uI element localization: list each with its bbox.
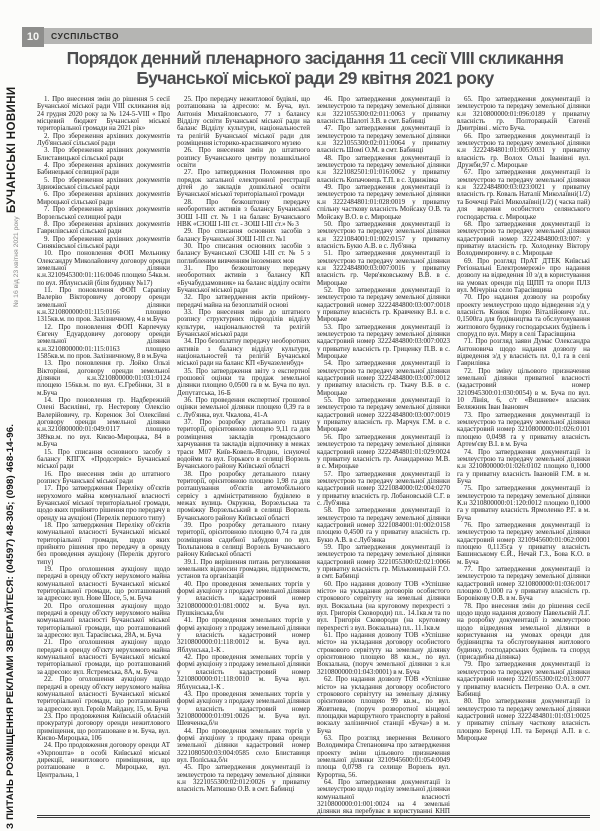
agenda-item: 46. Про затвердження документації із зем… [317,96,450,125]
agenda-item: 14. Про поновлення гр. Надбережній Олені… [37,397,170,448]
agenda-item: 59. Про затвердження документації із зем… [317,544,450,581]
agenda-item: 34. Про безоплатну передачу необоротних … [177,338,310,367]
agenda-item: 22. Про оголошення аукціону щодо передач… [37,676,170,713]
agenda-item: 32. Про затвердження актів прийому-перед… [177,294,310,309]
headline-line-2: Бучанської міської ради 29 квітня 2021 р… [40,68,590,88]
agenda-item: 31. Про безкоштовну передачу необоротних… [177,265,310,294]
agenda-item: 71. Про розгляд заяви Думас Олександра А… [457,338,590,367]
agenda-item: 6. Про збереження архівних документів Ми… [37,191,170,206]
agenda-item: 11. Про поновлення ФОП Сарапіну Валерію … [37,287,170,324]
agenda-item: 7. Про збереження архівних документів Во… [37,206,170,221]
agenda-item: 65. Про затвердження документації із зем… [457,96,590,133]
headline-line-1: Порядок денний пленарного засідання 11 с… [40,48,590,68]
section-label: СУСПІЛЬСТВО [44,31,119,41]
issue-date-vertical: № 16 від 23 квітня 2021 року [13,216,20,307]
agenda-item: 3. Про збереження архівних документів Бл… [37,147,170,162]
agenda-item: 48. Про затвердження документації із зем… [317,155,450,184]
agenda-item: 50. Про затвердження документації із зем… [317,221,450,250]
newspaper-title-vertical: БУЧАНСЬКІ НОВИНИ [6,86,18,213]
agenda-item: 40. Про проведення земельних торгів у фо… [177,581,310,618]
agenda-item: 72. Про зміну цільового призначення земе… [457,368,590,412]
agenda-item: 13. Про поновлення гр. Лойко Ользі Вікто… [37,360,170,397]
agenda-item: 63. Про розгляд звернення Великого Волод… [317,735,450,779]
agenda-item: 21. Про оголошення аукціону щодо передач… [37,639,170,676]
agenda-item: 69. Про розгляд ПрАТ ДТЕК Київські Регіо… [457,258,590,295]
agenda-item: 58. Про затвердження документації із зем… [317,507,450,544]
agenda-item: 5. Про збереження архівних документів Зд… [37,177,170,192]
page-number: 10 [22,27,44,47]
agenda-item: 23. Про продовження Київській обласній п… [37,713,170,742]
agenda-item: 20. Про оголошення аукціону щодо передач… [37,603,170,640]
agenda-item: 67. Про затвердження документації із зем… [457,169,590,220]
agenda-item: 68. Про затвердження документації із зем… [457,221,590,258]
agenda-item: 75. Про затвердження документації із зем… [457,485,590,522]
agenda-columns: 1. Про внесення змін до рішення 5 сесії … [37,96,590,818]
agenda-item: 66. Про затвердження документації із зем… [457,133,590,170]
agenda-item: 36. Про проведення експертної грошової о… [177,397,310,419]
agenda-item: 33. Про внесення змін до штатного розпис… [177,309,310,338]
newspaper-page: БУЧАНСЬКІ НОВИНИ № 16 від 23 квітня 2021… [0,0,600,831]
agenda-item: 24. Про продовження договору оренди АТ «… [37,742,170,779]
agenda-item: 70. Про надання дозволу на розробку прое… [457,294,590,338]
section-bar: СУСПІЛЬСТВО [44,28,592,44]
agenda-item: 79. Про затвердження документації із зем… [457,661,590,698]
advertising-contact-vertical: З ПИТАНЬ РОЗМІЩЕННЯ РЕКЛАМИ ЗВЕРТАЙТЕСЯ:… [5,424,16,829]
agenda-item: 16. Про внесення змін до штатного розпис… [37,471,170,486]
agenda-item: 78. Про внесення змін до рішення сесії щ… [457,603,590,662]
agenda-item: 39.1. Про вирішення питань регулювання з… [177,559,310,581]
agenda-item: 12. Про поновлення ФОП Карпечуку Євгену … [37,324,170,361]
agenda-column-2: 25. Про передачу нежитлової будівлі, що … [177,96,310,815]
agenda-item: 80. Про затвердження документації із зем… [457,698,590,742]
agenda-column-4: 65. Про затвердження документації із зем… [457,96,590,815]
article-headline: Порядок денний пленарного засідання 11 с… [40,48,590,88]
agenda-item: 19. Про оголошення аукціону щодо передач… [37,566,170,603]
agenda-item: 47. Про затвердження документації із зем… [317,125,450,154]
agenda-item: 29. Про списання основних засобів з бала… [177,228,310,243]
agenda-item: 51. Про затвердження документації із зем… [317,250,450,287]
agenda-item: 35. Про затвердження звіту з експертної … [177,368,310,397]
agenda-item: 41. Про проведення земельних торгів у фо… [177,617,310,654]
agenda-column-1: 1. Про внесення змін до рішення 5 сесії … [37,96,170,815]
agenda-item: 30. Про списання основних засобів з бала… [177,243,310,265]
agenda-item: 74. Про затвердження документації із зем… [457,449,590,486]
agenda-item: 53. Про затвердження документації із зем… [317,324,450,361]
agenda-item: 4. Про збереження архівних документів Ба… [37,162,170,177]
agenda-item: 9. Про збереження архівних документів Си… [37,236,170,251]
agenda-item: 60. Про надання дозволу ТОВ «Успішне міс… [317,581,450,632]
agenda-item: 39. Про розробку детального плану терито… [177,522,310,559]
agenda-item: 49. Про затвердження документації із зем… [317,184,450,221]
agenda-item: 56. Про затвердження документації із зем… [317,434,450,471]
agenda-item: 73. Про затвердження документації із зем… [457,412,590,449]
agenda-item: 1. Про внесення змін до рішення 5 сесії … [37,96,170,133]
agenda-item: 57. Про затвердження документації із зем… [317,471,450,508]
agenda-item: 42. Про проведення земельних торгів у фо… [177,654,310,691]
agenda-item: 52. Про затвердження документації із зем… [317,287,450,324]
agenda-item: 38. Про розробку детального плану терито… [177,471,310,522]
agenda-item: 76. Про затвердження документації із зем… [457,522,590,566]
agenda-item: 8. Про збереження архівних документів Га… [37,221,170,236]
agenda-item: 37. Про розробку детального плану терито… [177,419,310,470]
agenda-item: 28. Про безкоштовну передачу необоротних… [177,199,310,228]
agenda-item: 43. Про проведення земельних торгів у фо… [177,691,310,728]
agenda-item: 27. Про затвердження Положення про поряд… [177,169,310,198]
agenda-item: 10. Про поновлення ФОП Мельнику Олександ… [37,250,170,287]
agenda-item: 25. Про передачу нежитлової будівлі, що … [177,96,310,147]
agenda-item: 2. Про збереження архівних документів Лу… [37,133,170,148]
agenda-item: 62. Про надання дозволу ТОВ «Успішне міс… [317,676,450,735]
agenda-item: 54. Про затвердження документації із зем… [317,360,450,397]
agenda-column-3: 46. Про затвердження документації із зем… [317,96,450,815]
agenda-item: 44. Про проведення земельних торгів у фо… [177,728,310,765]
agenda-item: 61. Про надання дозволу ТОВ «Успішне міс… [317,632,450,676]
agenda-item: 77. Про затвердження документації із зем… [457,566,590,603]
agenda-item: 15. Про списання основного засобу з бала… [37,449,170,471]
agenda-item: 55. Про затвердження документації із зем… [317,397,450,434]
agenda-item: 26. Про внесення змін до штатного розпис… [177,147,310,169]
agenda-item: 17. Про затвердження Переліку об'єктів н… [37,485,170,522]
agenda-item: 45. Про затвердження документації із зем… [177,764,310,793]
agenda-item: 18. Про затвердження Переліку об'єктів к… [37,522,170,566]
agenda-item: 64. Про затвердження документації із зем… [317,779,450,815]
